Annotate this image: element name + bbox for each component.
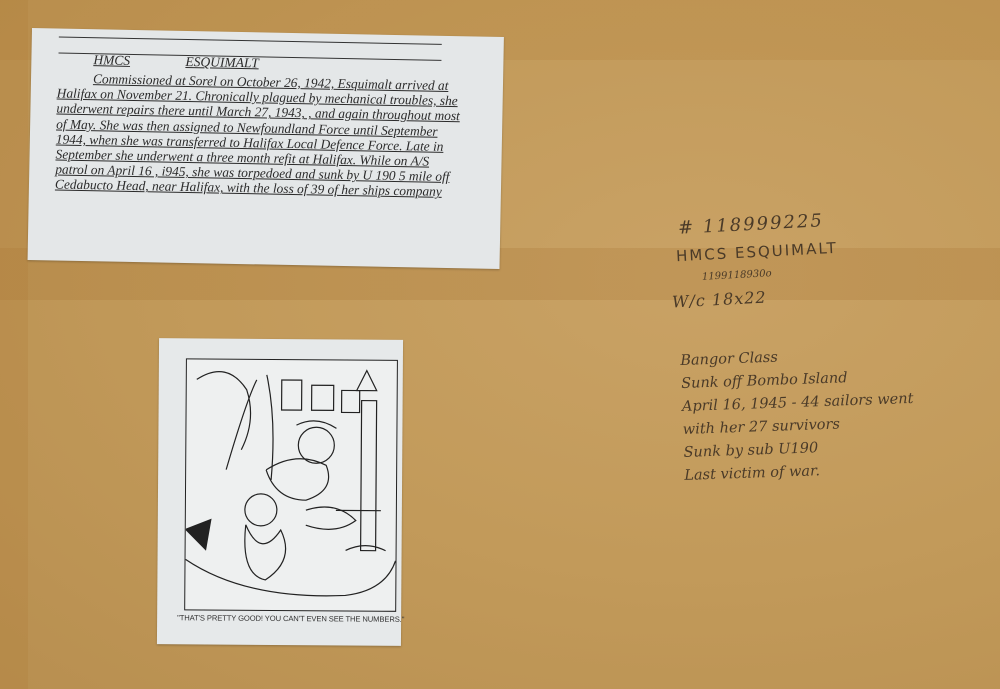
ruled-line [59,37,442,45]
medium-size: W/c 18x22 [672,288,767,312]
tape-strip [0,0,28,689]
handwritten-title: HMCS ESQUIMALT [676,239,839,265]
handwritten-sub-number: 1199118930o [702,268,772,283]
ship-prefix: HMCS [93,52,130,68]
handwritten-notes: Bangor Class Sunk off Bombo Island April… [680,342,916,488]
clipping-body: Commissioned at Sorel on October 26, 194… [55,70,477,200]
typed-clipping: HMCS ESQUIMALT Commissioned at Sorel on … [28,28,504,269]
painter-cartoon-icon [185,359,397,610]
cartoon-clipping: "THAT'S PRETTY GOOD! YOU CAN'T EVEN SEE … [157,338,403,646]
cartoon-caption: "THAT'S PRETTY GOOD! YOU CAN'T EVEN SEE … [177,613,397,624]
catalog-number: # 118999225 [678,210,825,239]
cartoon-illustration [184,358,398,611]
ship-name: ESQUIMALT [185,54,259,70]
clipping-title: HMCS ESQUIMALT [93,52,311,72]
